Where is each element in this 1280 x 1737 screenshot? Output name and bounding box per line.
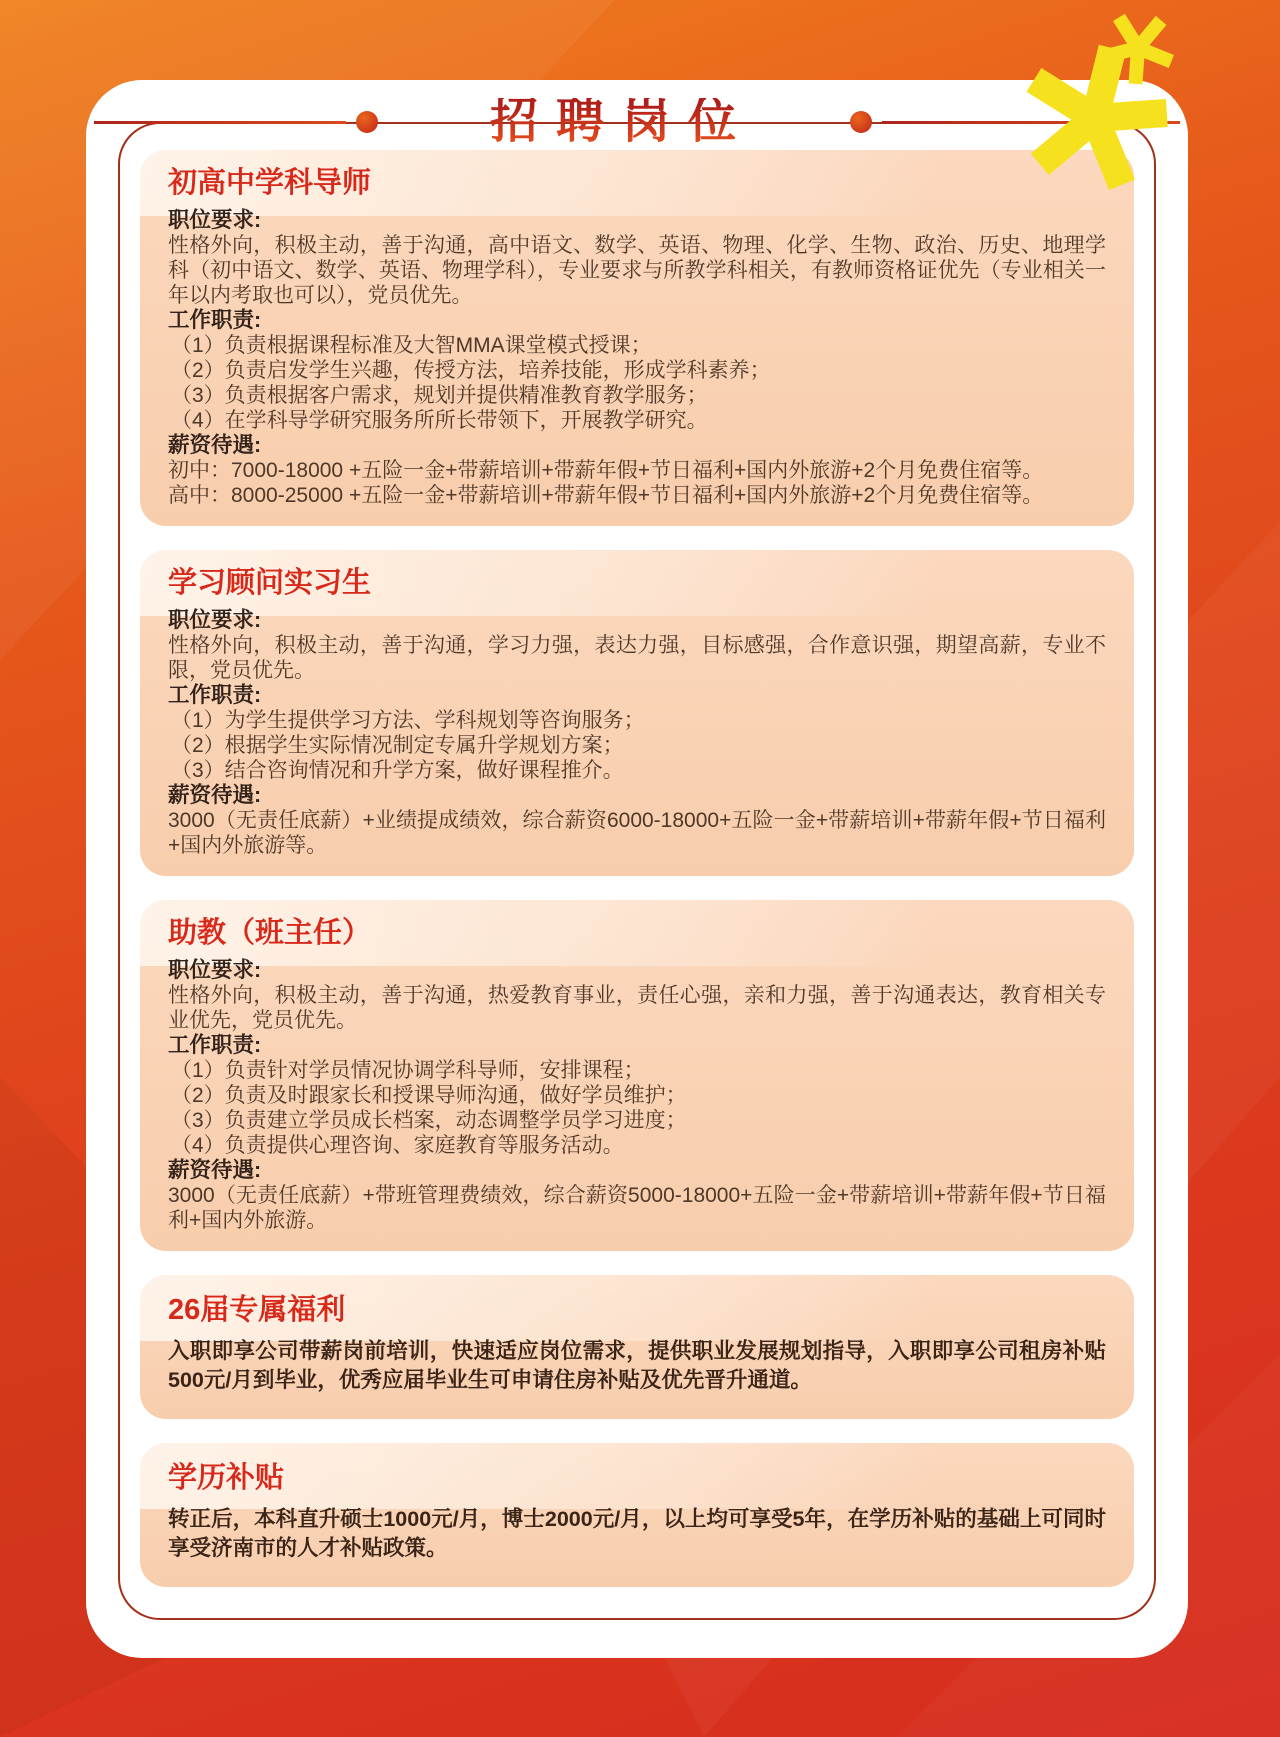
requirements-text: 性格外向，积极主动，善于沟通，热爱教育事业，责任心强，亲和力强，善于沟通表达，教…	[168, 983, 1106, 1033]
requirements-text: 性格外向，积极主动，善于沟通，高中语文、数学、英语、物理、化学、生物、政治、历史…	[168, 233, 1106, 308]
duty-item: （4）在学科导学研究服务所所长带领下，开展教学研究。	[168, 408, 1106, 433]
duty-item: （1）负责根据课程标准及大智MMA课堂模式授课；	[168, 333, 1106, 358]
section-title: 学历补贴	[168, 1461, 1106, 1495]
salary-line: 3000（无责任底薪）+带班管理费绩效，综合薪资5000-18000+五险一金+…	[168, 1183, 1106, 1233]
requirements-label: 职位要求:	[168, 958, 1106, 983]
duties-label: 工作职责:	[168, 1033, 1106, 1058]
benefit-section-education-subsidy: 学历补贴 转正后，本科直升硕士1000元/月，博士2000元/月，以上均可享受5…	[140, 1443, 1134, 1587]
poster-background: 招聘岗位 初高中学科导师 职位要求: 性格外向，积极主动，善于沟通，高中语文、数…	[0, 0, 1280, 1737]
section-title: 26届专属福利	[168, 1293, 1106, 1327]
salary-line: 初中：7000-18000 +五险一金+带薪培训+带薪年假+节日福利+国内外旅游…	[168, 458, 1106, 483]
salary-line: 高中：8000-25000 +五险一金+带薪培训+带薪年假+节日福利+国内外旅游…	[168, 483, 1106, 508]
duty-item: （2）负责启发学生兴趣，传授方法，培养技能，形成学科素养；	[168, 358, 1106, 383]
requirements-text: 性格外向，积极主动，善于沟通，学习力强，表达力强，目标感强，合作意识强，期望高薪…	[168, 633, 1106, 683]
benefit-section-class-of-26: 26届专属福利 入职即享公司带薪岗前培训，快速适应岗位需求，提供职业发展规划指导…	[140, 1275, 1134, 1419]
salary-label: 薪资待遇:	[168, 783, 1106, 808]
star-burst-decoration	[995, 0, 1275, 215]
requirements-label: 职位要求:	[168, 208, 1106, 233]
duties-label: 工作职责:	[168, 683, 1106, 708]
salary-label: 薪资待遇:	[168, 433, 1106, 458]
section-title: 初高中学科导师	[168, 166, 1106, 200]
duty-item: （2）负责及时跟家长和授课导师沟通，做好学员维护；	[168, 1083, 1106, 1108]
duty-item: （1）为学生提供学习方法、学科规划等咨询服务；	[168, 708, 1106, 733]
recruitment-card: 招聘岗位 初高中学科导师 职位要求: 性格外向，积极主动，善于沟通，高中语文、数…	[86, 80, 1188, 1658]
sections-container: 初高中学科导师 职位要求: 性格外向，积极主动，善于沟通，高中语文、数学、英语、…	[140, 150, 1134, 1587]
job-section-teaching-assistant: 助教（班主任） 职位要求: 性格外向，积极主动，善于沟通，热爱教育事业，责任心强…	[140, 900, 1134, 1251]
duty-item: （3）负责建立学员成长档案，动态调整学员学习进度；	[168, 1108, 1106, 1133]
duty-item: （1）负责针对学员情况协调学科导师，安排课程；	[168, 1058, 1106, 1083]
title-dot-right	[850, 111, 872, 133]
duty-item: （2）根据学生实际情况制定专属升学规划方案；	[168, 733, 1106, 758]
duty-item: （4）负责提供心理咨询、家庭教育等服务活动。	[168, 1133, 1106, 1158]
benefit-text: 转正后，本科直升硕士1000元/月，博士2000元/月，以上均可享受5年，在学历…	[168, 1505, 1106, 1563]
section-title: 助教（班主任）	[168, 916, 1106, 950]
title-dot-left	[356, 111, 378, 133]
page-title: 招聘岗位	[490, 98, 754, 146]
benefit-text: 入职即享公司带薪岗前培训，快速适应岗位需求，提供职业发展规划指导，入职即享公司租…	[168, 1337, 1106, 1395]
job-section-subject-tutor: 初高中学科导师 职位要求: 性格外向，积极主动，善于沟通，高中语文、数学、英语、…	[140, 150, 1134, 526]
title-divider-line-left	[94, 121, 346, 124]
job-section-learning-consultant-intern: 学习顾问实习生 职位要求: 性格外向，积极主动，善于沟通，学习力强，表达力强，目…	[140, 550, 1134, 876]
section-title: 学习顾问实习生	[168, 566, 1106, 600]
duty-item: （3）负责根据客户需求，规划并提供精准教育教学服务；	[168, 383, 1106, 408]
duties-label: 工作职责:	[168, 308, 1106, 333]
duty-item: （3）结合咨询情况和升学方案，做好课程推介。	[168, 758, 1106, 783]
salary-line: 3000（无责任底薪）+业绩提成绩效，综合薪资6000-18000+五险一金+带…	[168, 808, 1106, 858]
salary-label: 薪资待遇:	[168, 1158, 1106, 1183]
requirements-label: 职位要求:	[168, 608, 1106, 633]
